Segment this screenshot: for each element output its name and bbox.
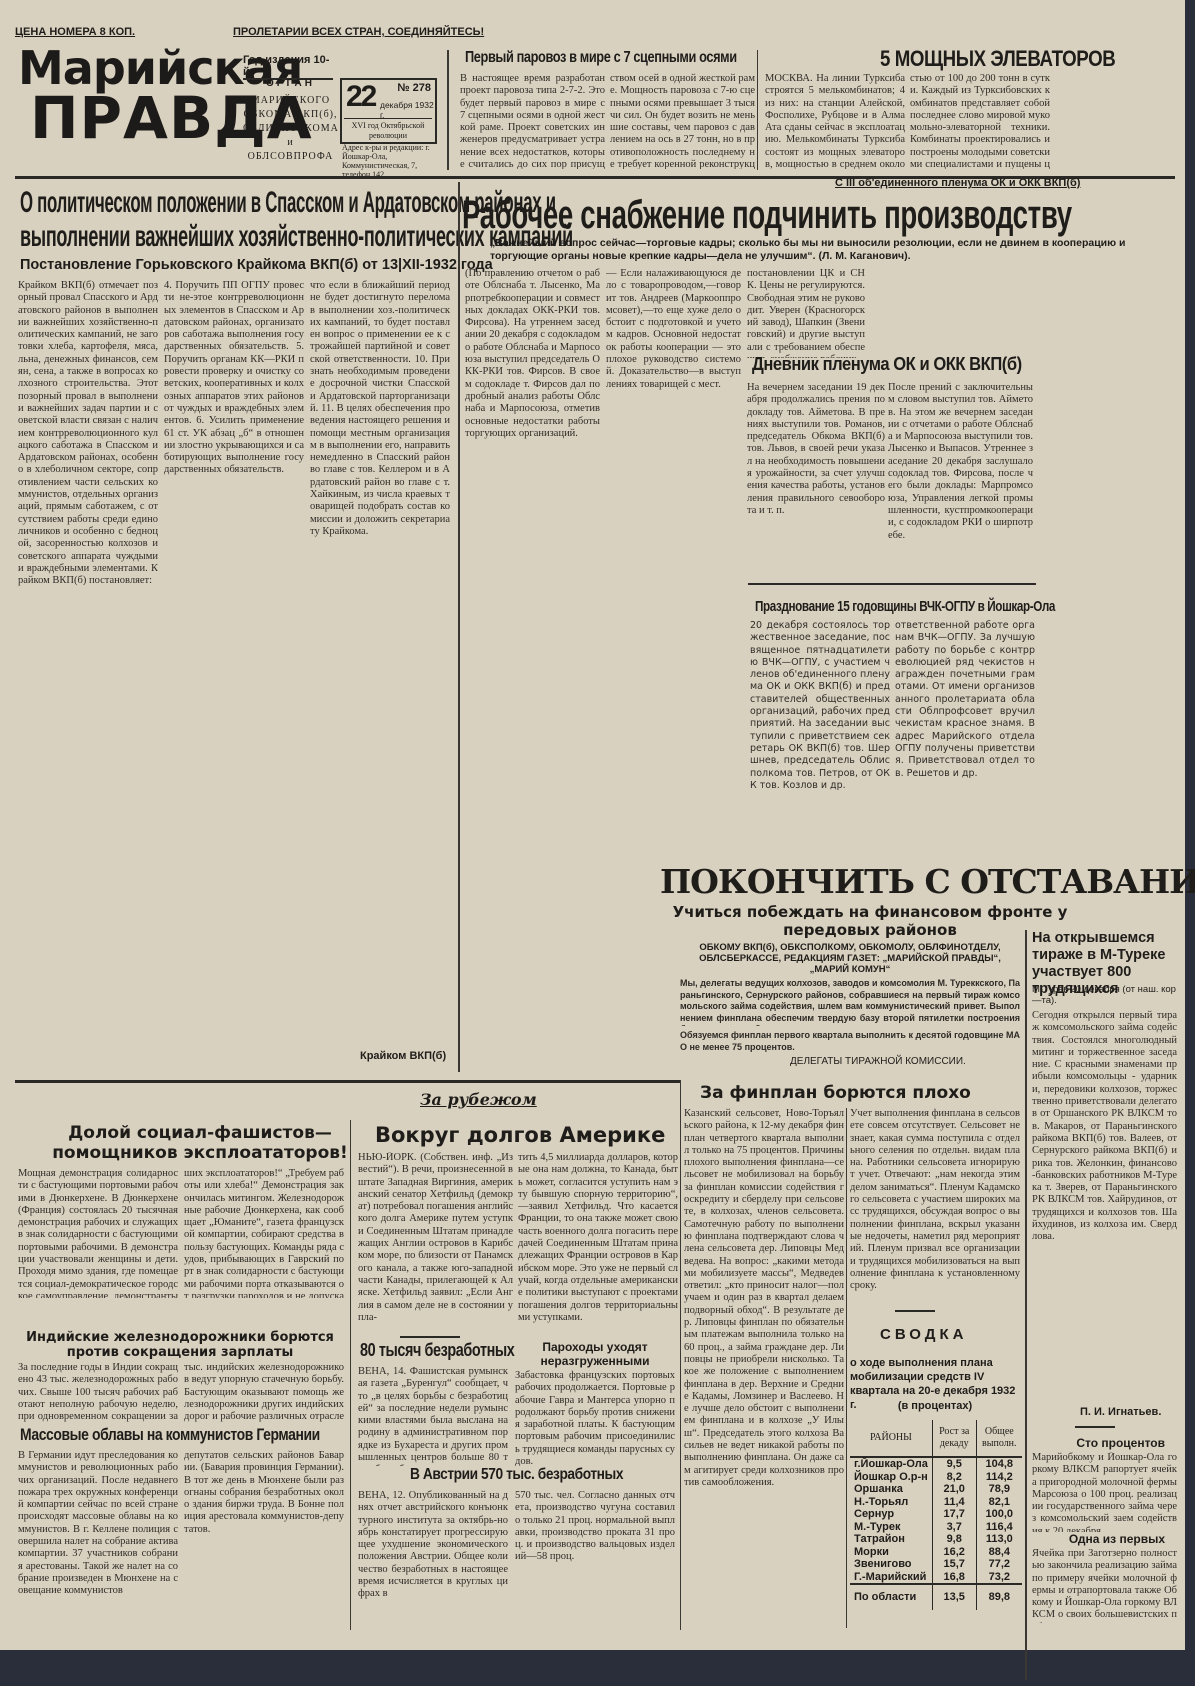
district-name: г.Йошкар-Ола [850,1457,932,1471]
finance-address: ОБКОМУ ВКП(б), ОБКСПОЛКОМУ, ОБКОМОЛУ, ОБ… [680,942,1020,975]
col-header-growth: Рост за декаду [932,1420,976,1457]
growth-value: 21,0 [932,1483,976,1496]
plenum-kicker: С III об'единенного пленума ОК и ОКК ВКП… [835,177,1080,189]
growth-value: 9,8 [932,1533,976,1546]
total-value: 89,8 [976,1584,1022,1610]
resolution-col-3: что если в ближайший период не будет дос… [310,280,450,1050]
svodka-row: Татрайон9,8113,0 [850,1533,1022,1546]
vchk-col-1: 20 декабря состоялось торжественное засе… [750,620,890,840]
germany-col-2: депутатов сельских районов Баварии. (Бав… [184,1450,344,1625]
district-name: Г.-Марийский [850,1571,932,1585]
district-name: Звенигово [850,1558,932,1571]
svodka-row: Звенигово15,777,2 [850,1558,1022,1571]
headline-ships-unloaded: Пароходы уходят неразгруженными [515,1340,675,1368]
germany-col-1: В Германии идут преследования коммунисто… [18,1450,178,1625]
svodka-row: Сернур17,7100,0 [850,1508,1022,1521]
finance-pledge: Обязуемся финплан первого квартала выпол… [680,1030,1020,1055]
headline-india-railway: Индийские железнодорожники борются проти… [20,1330,340,1360]
total-value: 116,4 [976,1521,1022,1534]
elevators-col-1: МОСКВА. На линии Турксиба строятся 5 мел… [765,73,905,169]
tirazh-body: Сегодня открылся первый тираж комсомольс… [1032,1010,1177,1405]
resolution-signature: Крайком ВКП(б) [360,1050,446,1062]
locomotive-col-1: В настоящее время разработан проект паро… [460,73,605,169]
headline-austria-unemployed: В Австрии 570 тыс. безработных [410,1466,623,1484]
supply-col-1: (По правлению отчетом о работе Облснаба … [465,268,600,843]
growth-value: 16,2 [932,1546,976,1559]
headline-elevators: 5 МОЩНЫХ ЭЛЕВАТОРОВ [880,46,1115,72]
finance-subhead: Учиться побеждать на финансовом фронте у… [660,903,1080,939]
newspaper-page: ЦЕНА НОМЕРА 8 КОП. ПРОЛЕТАРИИ ВСЕХ СТРАН… [0,0,1185,1650]
supply-col-3: постановлении ЦК и СНК. Цены не регулиру… [747,268,865,358]
india-col-1: За последние годы в Индии сокращено 43 т… [18,1362,178,1422]
finance-letter: Мы, делегаты ведущих колхозов, заводов и… [680,978,1020,1026]
district-name: Сернур [850,1508,932,1521]
headline-vchk-anniversary: Празднование 15 годовщины ВЧК-ОГПУ в Йош… [755,598,1055,615]
svodka-row: г.Йошкар-Ола9,5104,8 [850,1457,1022,1471]
district-name: Татрайон [850,1533,932,1546]
resolution-col-1: Крайком ВКП(б) отмечает позорный провал … [18,280,158,1065]
total-value: 73,2 [976,1571,1022,1585]
organ-of: МАРИЙСКОГО ОБКОМА ВКП(б), ОБЛИСПОЛКОМА и… [243,94,338,164]
austria-col-1: ВЕНА, 12. Опубликованный на днях отчет а… [358,1490,508,1625]
plenum-diary-col-1: На вечернем заседании 19 декабря продолж… [747,382,885,542]
svodka-row: Морки16,288,4 [850,1546,1022,1559]
svodka-row: Оршанка21,078,9 [850,1483,1022,1496]
growth-value: 8,2 [932,1471,976,1484]
svodka-title: СВОДКА [880,1326,967,1343]
district-name: Оршанка [850,1483,932,1496]
india-col-2: тыс. индийских железнодорожников ведут у… [184,1362,344,1422]
headline-odna-iz-pervyh: Одна из первых [1069,1532,1165,1546]
total-value: 104,8 [976,1457,1022,1471]
col-header-total: Общее выполн. [976,1420,1022,1457]
section-abroad: За рубежом [420,1090,537,1109]
svodka-row: Йошкар О.р-н8,2114,2 [850,1471,1022,1484]
resolution-col-2: 4. Поручить ПП ОГПУ провести не-этое кон… [164,280,304,1065]
vchk-col-2: ответственной работе органам ВЧК—ОГПУ. З… [895,620,1035,840]
sto-procentov-body: Марийобкому и Йошкар-Ола горкому ВЛКСМ р… [1032,1452,1177,1532]
svodka-table: РАЙОНЫ Рост за декаду Общее выполн. г.Йо… [850,1420,1022,1610]
total-value: 114,2 [976,1471,1022,1484]
odna-iz-pervyh-body: Ячейка при Заготзерно полностью закончил… [1032,1548,1177,1623]
svodka-row: Н.-Торьял11,482,1 [850,1496,1022,1509]
svodka-total-row: По области13,589,8 [850,1584,1022,1610]
kaganovich-quote: „Важнейший вопрос сейчас—торговые кадры;… [490,237,1180,263]
issue-number: № 278 [397,82,431,94]
headline-end-lagging: ПОКОНЧИТЬ С ОТСТАВАНИЕМ [660,862,1195,901]
publication-year: Год издания 10-й [243,54,333,80]
district-name: Йошкар О.р-н [850,1471,932,1484]
tirazh-signature: П. И. Игнатьев. [1080,1406,1161,1418]
headline-worker-supply: Рабочее снабжение подчинить производству [462,193,1072,238]
district-name: Морки [850,1546,932,1559]
total-value: 82,1 [976,1496,1022,1509]
date-box: 22 № 278 декабря 1932 г. XVI год Октябрь… [340,78,437,144]
total-value: 77,2 [976,1558,1022,1571]
debts-col-1: НЬЮ-ЙОРК. (Собствен. инф. „Известий“). В… [358,1152,513,1327]
growth-value: 17,7 [932,1508,976,1521]
headline-debts-america: Вокруг долгов Америке [375,1123,665,1147]
total-value: 88,4 [976,1546,1022,1559]
supply-col-2: — Если налаживающуюся дело с товаропрово… [606,268,741,843]
fascists-col-2: ших эксплоататоров!“ „Требуем работы или… [184,1168,344,1298]
col-header-district: РАЙОНЫ [850,1420,932,1457]
unemployed-body: ВЕНА, 14. Фашистская румынская газета „Б… [358,1366,508,1466]
fascists-col-1: Мощная демонстрация солидарности с басту… [18,1168,178,1298]
za-finplan-col-2: Учет выполнения финплана в сельсовете со… [850,1108,1020,1298]
slogan: ПРОЛЕТАРИИ ВСЕХ СТРАН, СОЕДИНЯЙТЕСЬ! [233,26,484,38]
resolution-subhead: Постановление Горьковского Крайкома ВКП(… [20,257,493,273]
debts-col-2: тить 4,5 миллиарда долларов, которые она… [518,1152,678,1327]
growth-value: 11,4 [932,1496,976,1509]
locomotive-col-2: ством осей в одной жесткой раме. Мощност… [610,73,755,169]
headline-sto-procentov: Сто процентов [1076,1436,1165,1450]
growth-value: 3,7 [932,1521,976,1534]
svodka-table-wrap: РАЙОНЫ Рост за декаду Общее выполн. г.Йо… [850,1420,1022,1610]
svodka-row: Г.-Марийский16,873,2 [850,1571,1022,1585]
headline-social-fascists: Долой социал-фашистов— помощников экспло… [50,1123,350,1163]
ships-body: Забастовка французских портовых рабочих … [515,1370,675,1466]
headline-za-finplan: За финплан борются плохо [700,1083,971,1103]
total-value: 100,0 [976,1508,1022,1521]
district-name: По области [850,1584,932,1610]
editorial-address: Адрес к-ры и редакции: г. Йошкар-Ола, Ко… [342,143,437,179]
austria-col-2: 570 тыс. чел. Согласно данных отчета, пр… [515,1490,675,1625]
svodka-header-row: РАЙОНЫ Рост за декаду Общее выполн. [850,1420,1022,1457]
headline-locomotive: Первый паровоз в мире с 7 сцепными осями [465,49,737,67]
growth-value: 9,5 [932,1457,976,1471]
price-label: ЦЕНА НОМЕРА 8 КОП. [15,26,135,38]
headline-plenum-diary: Дневник пленума ОК и ОКК ВКП(б) [752,354,1022,375]
date-month-year: декабря 1932 г. [380,100,435,120]
svodka-row: М.-Турек3,7116,4 [850,1521,1022,1534]
za-finplan-col-1: Казанский сельсовет, Ново-Торъяльского р… [684,1108,844,1628]
date-day: 22 [346,80,375,114]
svodka-units: (в процентах) [850,1400,1020,1412]
growth-value: 13,5 [932,1584,976,1610]
revolution-year: XVI год Октябрьской революции [344,118,432,141]
plenum-diary-col-2: После прений с заключительным словом выс… [888,382,1033,542]
total-value: 113,0 [976,1533,1022,1546]
headline-80k-unemployed: 80 тысяч безработных [360,1340,514,1361]
total-value: 78,9 [976,1483,1022,1496]
growth-value: 16,8 [932,1571,976,1585]
headline-germany-raids: Массовые облавы на коммунистов Германии [20,1425,320,1445]
finance-signature: ДЕЛЕГАТЫ ТИРАЖНОЙ КОМИССИИ. [790,1056,966,1067]
district-name: М.-Турек [850,1521,932,1534]
elevators-col-2: стью от 100 до 200 тонн в сутки. Каждый … [910,73,1050,169]
organ-label: ОРГАН [243,78,338,89]
growth-value: 15,7 [932,1558,976,1571]
district-name: Н.-Торьял [850,1496,932,1509]
tirazh-dateline: М-Турек 20 декабря (от наш. кор—та). [1032,984,1177,1006]
